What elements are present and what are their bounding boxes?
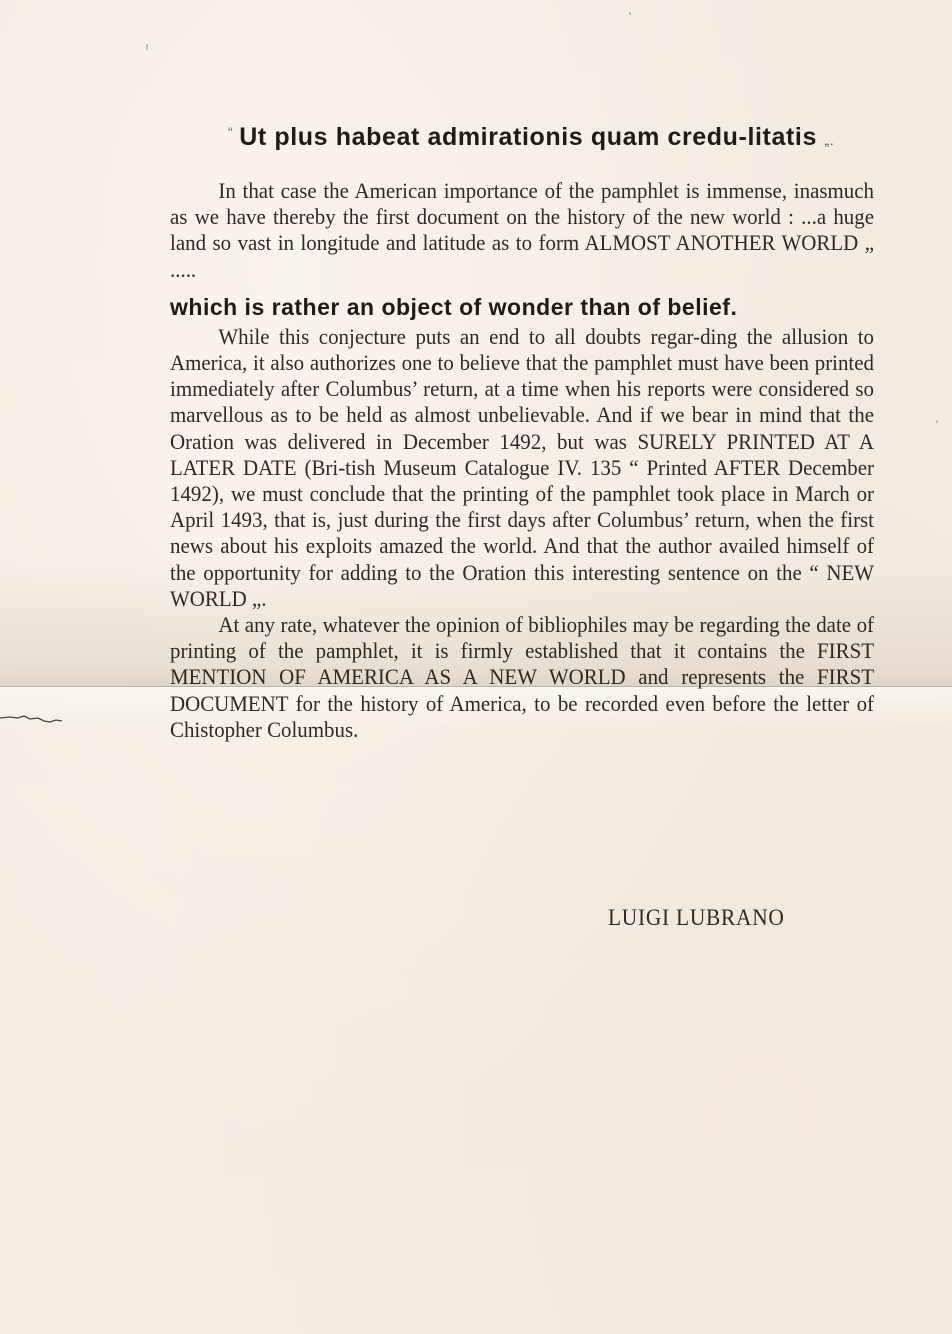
- paragraph-3-text: At any rate, whatever the opinion of bib…: [170, 612, 874, 742]
- translation-bold-line: which is rather an object of wonder than…: [170, 293, 874, 321]
- document-body: “Ut plus habeat admirationis quam credu-…: [170, 118, 874, 743]
- paragraph-american-importance: In that case the American importance of …: [170, 178, 874, 283]
- paper-speck: [936, 420, 938, 423]
- open-quote-mark: “: [228, 124, 233, 140]
- paper-tear-mark: [0, 712, 64, 726]
- paragraph-1-text: In that case the American importance of …: [170, 178, 874, 282]
- paper-page: “Ut plus habeat admirationis quam credu-…: [0, 0, 952, 1334]
- author-signature: LUIGI LUBRANO: [608, 905, 785, 931]
- paragraph-2-text: While this conjecture puts an end to all…: [170, 324, 874, 611]
- latin-quote-text: Ut plus habeat admirationis quam credu-l…: [239, 123, 817, 151]
- latin-quote-heading: “Ut plus habeat admirationis quam credu-…: [170, 118, 874, 155]
- paper-speck: [629, 12, 631, 15]
- close-quote-mark: „.: [825, 132, 835, 148]
- paper-speck: [146, 44, 148, 50]
- paragraph-conclusion: At any rate, whatever the opinion of bib…: [170, 612, 874, 743]
- paragraph-conjecture: While this conjecture puts an end to all…: [170, 324, 874, 612]
